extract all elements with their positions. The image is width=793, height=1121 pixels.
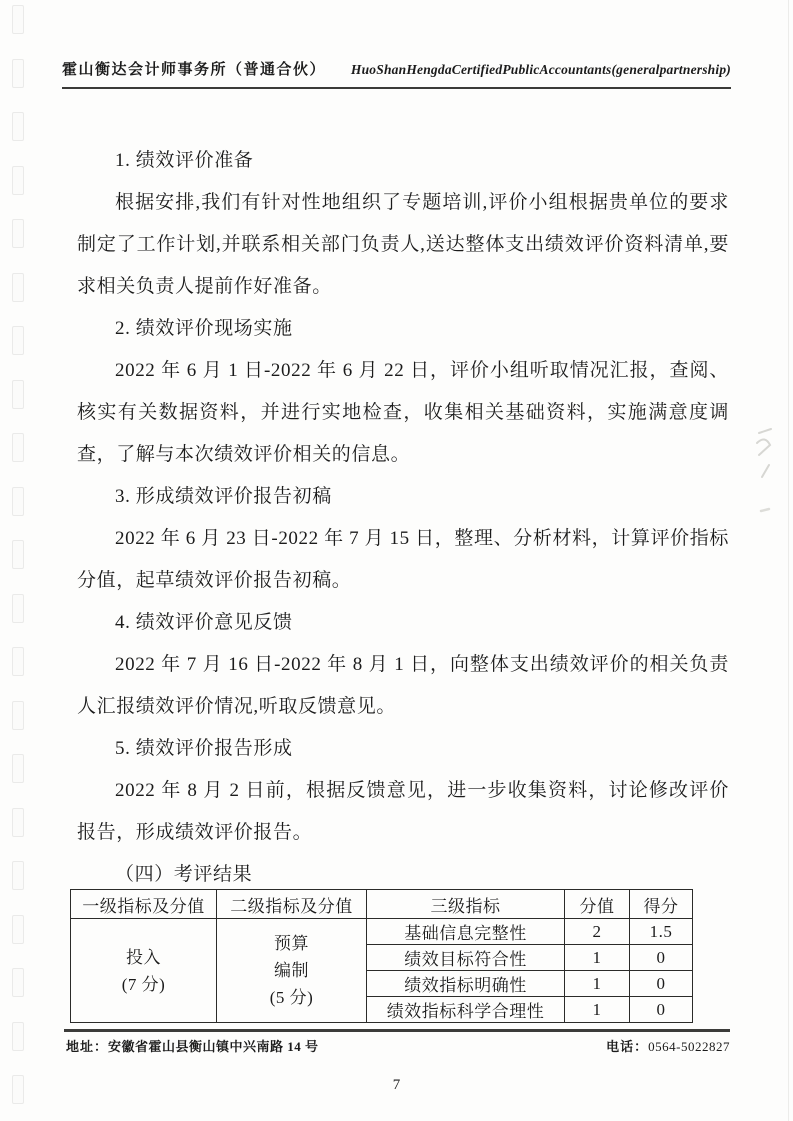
binder-hole	[12, 861, 24, 890]
section-3-paragraph: 2022 年 6 月 23 日-2022 年 7 月 15 日，整理、分析材料，…	[77, 518, 729, 602]
binder-hole	[12, 326, 24, 355]
binder-hole	[12, 808, 24, 837]
header-divider	[62, 87, 731, 89]
section-5-paragraph: 2022 年 8 月 2 日前，根据反馈意见，进一步收集资料，讨论修改评价报告，…	[77, 770, 729, 854]
indicator-cell: 绩效指标明确性	[367, 971, 565, 997]
level1-cell: 投入 (7 分)	[71, 919, 217, 1023]
binder-hole	[12, 5, 24, 34]
section-1-heading: 1. 绩效评价准备	[77, 140, 729, 182]
section-1-paragraph: 根据安排,我们有针对性地组织了专题培训,评价小组根据贵单位的要求制定了工作计划,…	[77, 182, 729, 308]
indicator-cell: 绩效指标科学合理性	[367, 997, 565, 1023]
got-cell: 0	[630, 997, 693, 1023]
header-level2-indicator: 二级指标及分值	[217, 890, 367, 919]
header-level1-indicator: 一级指标及分值	[71, 890, 217, 919]
phone-label: 电话：	[606, 1036, 648, 1055]
header-level3-indicator: 三级指标	[367, 890, 565, 919]
binder-hole	[12, 647, 24, 676]
binder-hole	[12, 540, 24, 569]
binder-hole	[12, 754, 24, 783]
document-footer: 地址： 安徽省霍山县衡山镇中兴南路 14 号 电话： 0564-5022827	[66, 1036, 730, 1055]
binder-hole	[12, 273, 24, 302]
header-score: 分值	[565, 890, 630, 919]
scan-edge-line	[788, 0, 789, 1121]
company-name-en: HuoShanHengdaCertifiedPublicAccountants(…	[351, 62, 731, 78]
level2-line1: 预算	[217, 930, 366, 957]
binder-hole	[12, 915, 24, 944]
level1-score: (7 分)	[71, 971, 216, 998]
binder-hole	[12, 433, 24, 462]
company-name-cn: 霍山衡达会计师事务所（普通合伙）	[62, 58, 326, 79]
address-label: 地址：	[66, 1036, 108, 1055]
level1-name: 投入	[71, 944, 216, 971]
level2-score: (5 分)	[217, 984, 366, 1011]
table-header-row: 一级指标及分值 二级指标及分值 三级指标 分值 得分	[71, 890, 693, 919]
section-3-heading: 3. 形成绩效评价报告初稿	[77, 476, 729, 518]
table-row: 投入 (7 分) 预算 编制 (5 分) 基础信息完整性 2 1.5	[71, 919, 693, 945]
level2-line2: 编制	[217, 957, 366, 984]
section-2-paragraph: 2022 年 6 月 1 日-2022 年 6 月 22 日，评价小组听取情况汇…	[77, 350, 729, 476]
footer-divider	[64, 1029, 730, 1032]
binder-hole	[12, 166, 24, 195]
phone-value: 0564-5022827	[648, 1039, 730, 1055]
binder-hole	[12, 968, 24, 997]
level2-cell: 预算 编制 (5 分)	[217, 919, 367, 1023]
indicator-cell: 绩效目标符合性	[367, 945, 565, 971]
score-cell: 1	[565, 997, 630, 1023]
binder-hole	[12, 59, 24, 88]
score-cell: 2	[565, 919, 630, 945]
got-cell: 1.5	[630, 919, 693, 945]
document-page: 霍山衡达会计师事务所（普通合伙） HuoShanHengdaCertifiedP…	[0, 0, 793, 1121]
got-cell: 0	[630, 971, 693, 997]
binder-hole	[12, 380, 24, 409]
section-4-heading: 4. 绩效评价意见反馈	[77, 602, 729, 644]
section-4-paragraph: 2022 年 7 月 16 日-2022 年 8 月 1 日，向整体支出绩效评价…	[77, 644, 729, 728]
score-cell: 1	[565, 945, 630, 971]
binder-hole	[12, 487, 24, 516]
score-cell: 1	[565, 971, 630, 997]
binder-hole	[12, 1022, 24, 1051]
section-5-heading: 5. 绩效评价报告形成	[77, 728, 729, 770]
indicator-cell: 基础信息完整性	[367, 919, 565, 945]
binder-hole	[12, 701, 24, 730]
page-number: 7	[0, 1077, 793, 1094]
scan-artifact-marks	[745, 425, 785, 545]
binder-hole	[12, 112, 24, 141]
document-body: 1. 绩效评价准备 根据安排,我们有针对性地组织了专题培训,评价小组根据贵单位的…	[77, 140, 729, 896]
section-2-heading: 2. 绩效评价现场实施	[77, 308, 729, 350]
document-header: 霍山衡达会计师事务所（普通合伙） HuoShanHengdaCertifiedP…	[62, 58, 731, 84]
got-cell: 0	[630, 945, 693, 971]
evaluation-results-table: 一级指标及分值 二级指标及分值 三级指标 分值 得分 投入 (7 分) 预算 编…	[70, 889, 693, 1023]
address-value: 安徽省霍山县衡山镇中兴南路 14 号	[108, 1036, 319, 1055]
binder-hole	[12, 219, 24, 248]
binder-hole	[12, 594, 24, 623]
header-got-score: 得分	[630, 890, 693, 919]
